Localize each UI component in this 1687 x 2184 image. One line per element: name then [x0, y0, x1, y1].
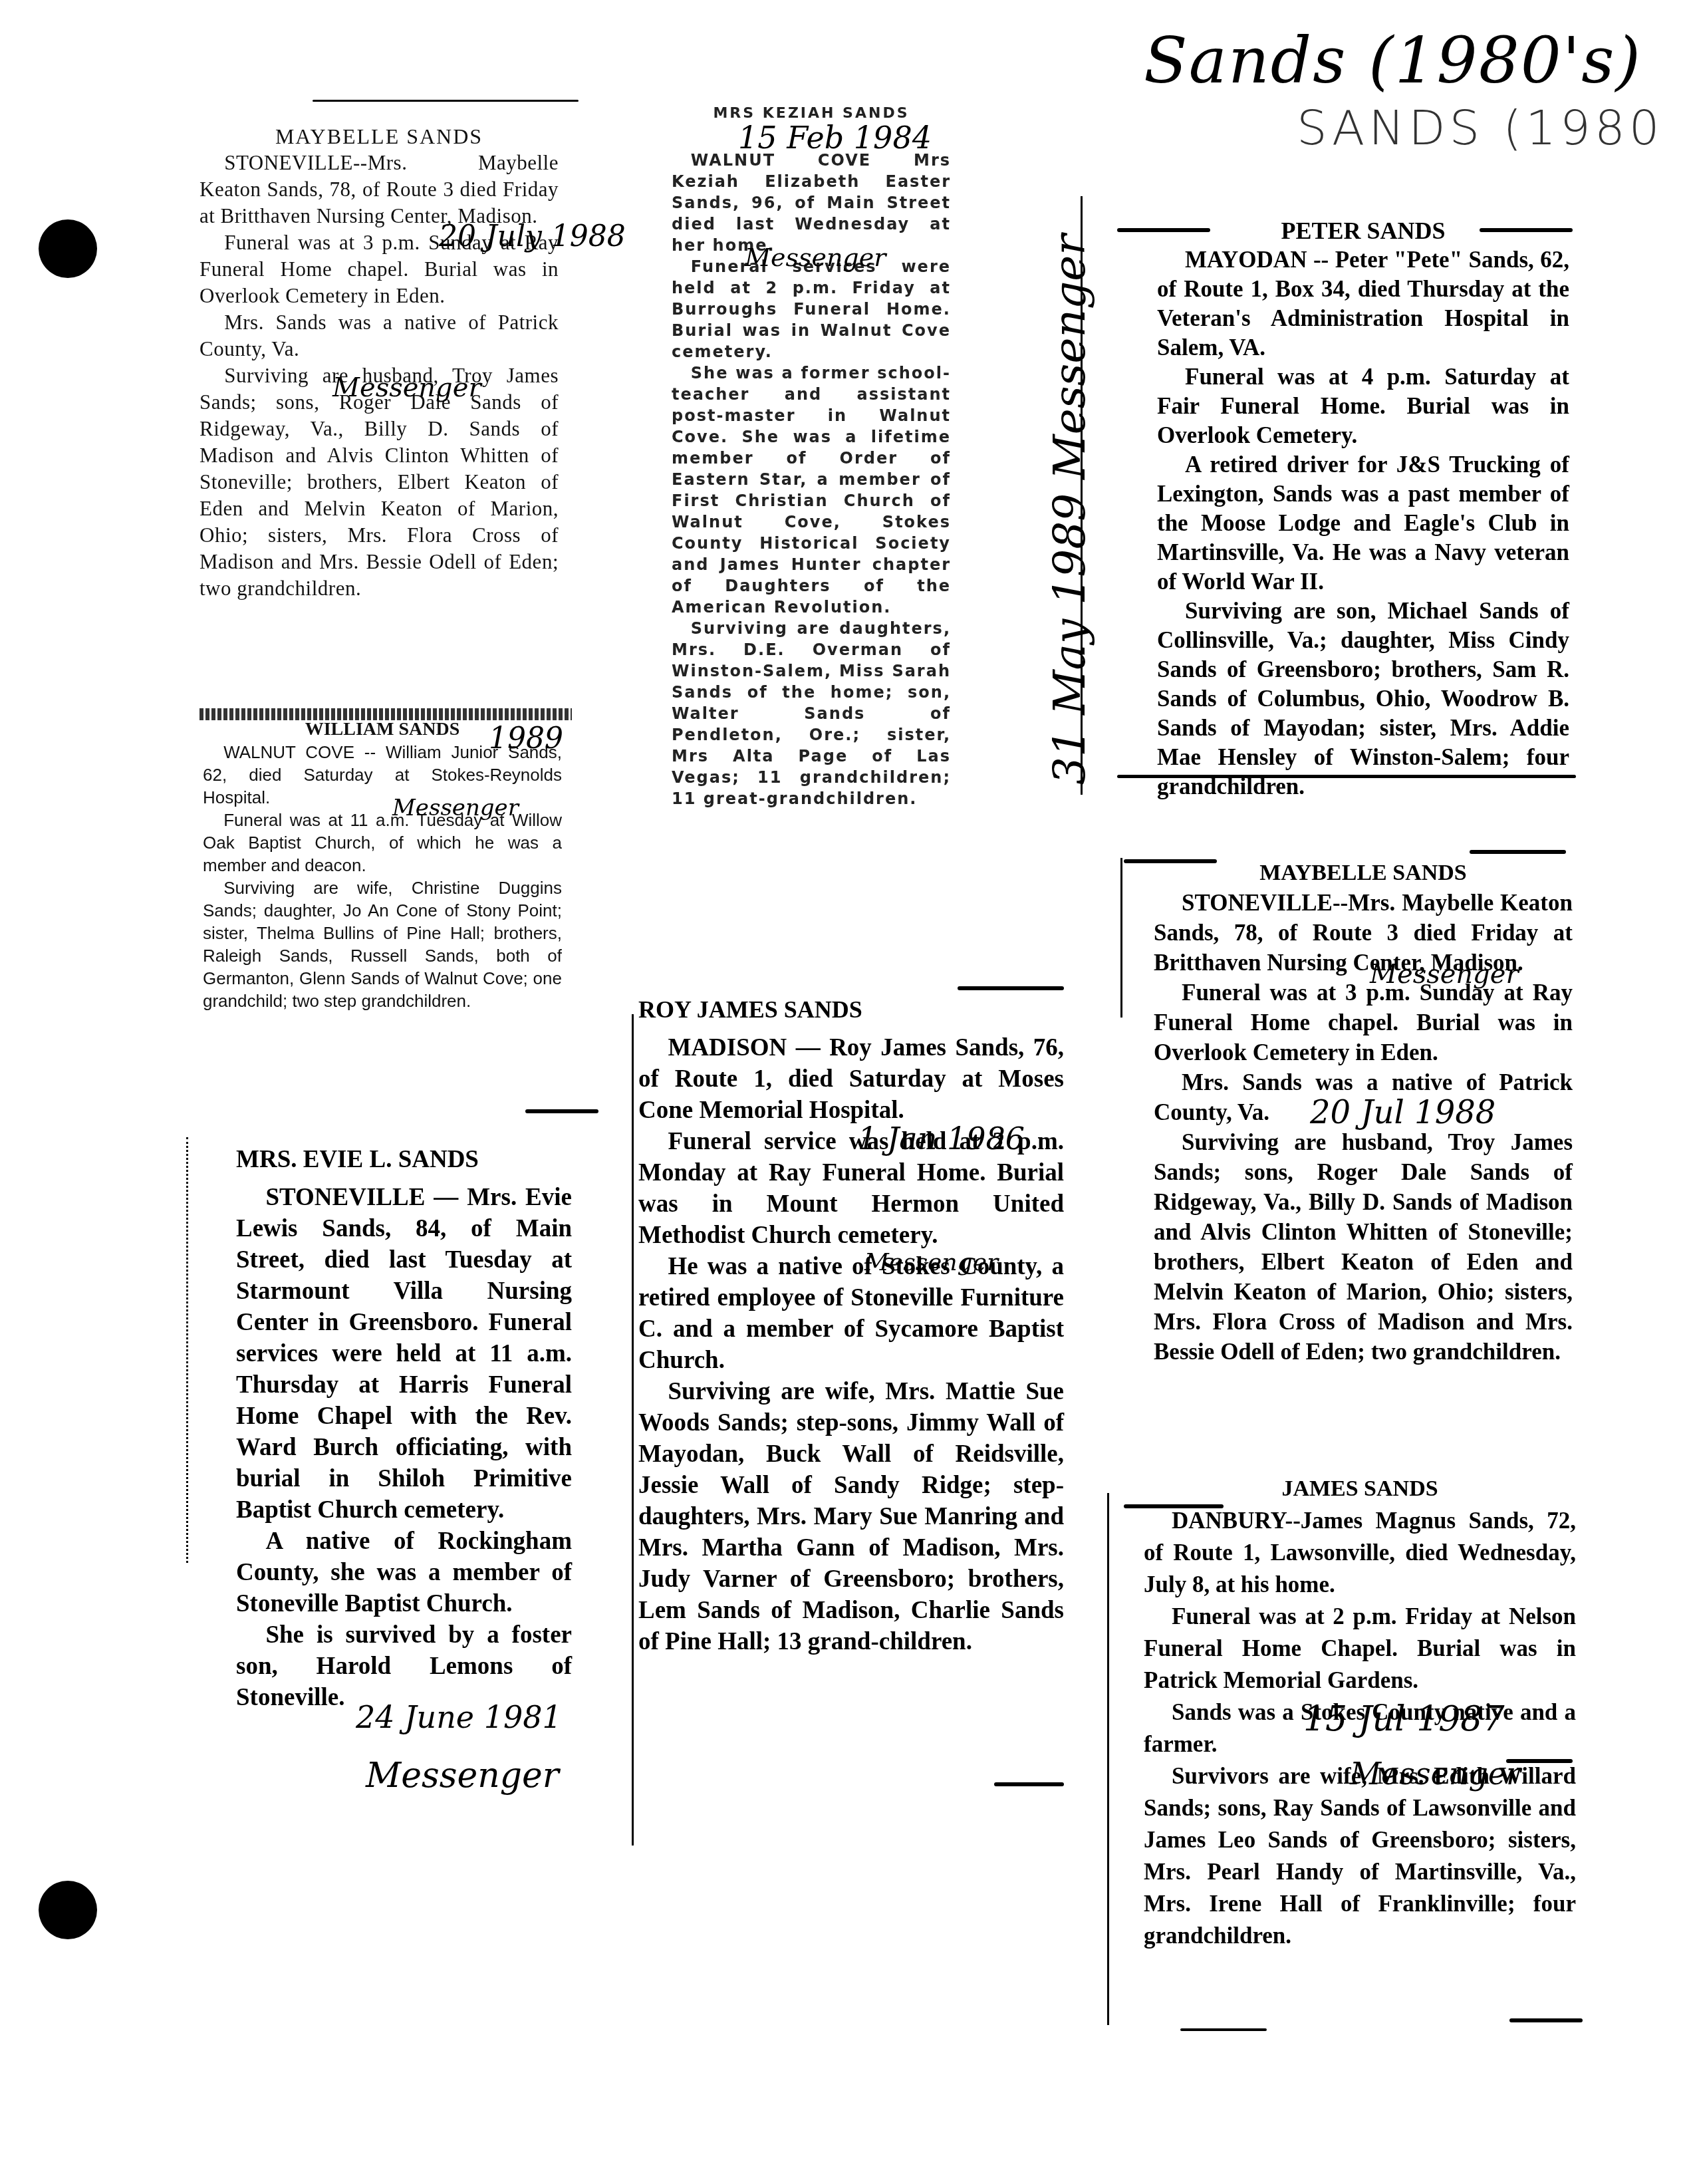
- obituary-title: PETER SANDS: [1157, 216, 1569, 245]
- obituary-paragraph: MAYODAN -- Peter "Pete" Sands, 62, of Ro…: [1157, 245, 1569, 362]
- obituary-title: ROY JAMES SANDS: [638, 994, 1064, 1025]
- divider: [313, 100, 579, 102]
- obituary-peter-sands: PETER SANDS MAYODAN -- Peter "Pete" Sand…: [1157, 216, 1569, 801]
- obituary-paragraph: A retired driver for J&S Trucking of Lex…: [1157, 450, 1569, 597]
- obituary-paragraph: WALNUT COVE Mrs Keziah Elizabeth Easter …: [672, 150, 951, 256]
- punch-hole: [39, 219, 97, 278]
- divider: [1180, 2028, 1267, 2031]
- obituary-maybelle-sands-1: MAYBELLE SANDS STONEVILLE--Mrs. Maybelle…: [199, 123, 559, 602]
- handwritten-source: Messenger: [366, 1756, 559, 1796]
- clipping-edge: [1107, 1493, 1109, 2025]
- handwritten-source: Messenger: [1370, 959, 1519, 990]
- obituary-paragraph: Surviving are wife, Christine Duggins Sa…: [203, 877, 562, 1012]
- obituary-paragraph: DANBURY--James Magnus Sands, 72, of Rout…: [1144, 1505, 1576, 1601]
- handwritten-source: Messenger: [864, 1249, 998, 1276]
- obituary-paragraph: Funeral services were held at 2 p.m. Fri…: [672, 256, 951, 362]
- handwritten-source: Messenger: [1350, 1756, 1521, 1792]
- obituary-william-sands: WILLIAM SANDS WALNUT COVE -- William Jun…: [203, 718, 562, 1012]
- obituary-paragraph: MADISON — Roy James Sands, 76, of Route …: [638, 1032, 1064, 1126]
- handwritten-date: 15 Jul 1987: [1303, 1699, 1505, 1739]
- handwritten-date: 20 Jul 1988: [1310, 1094, 1495, 1131]
- clipping-edge: [199, 708, 572, 720]
- header-annotation-faint: SANDS (1980: [1297, 100, 1664, 156]
- clipping-edge: [186, 1137, 188, 1563]
- obituary-title: MRS. EVIE L. SANDS: [236, 1144, 572, 1175]
- handwritten-date: 24 June 1981: [356, 1699, 562, 1735]
- divider: [958, 986, 1064, 990]
- obituary-paragraph: He was a native of Stokes County, a reti…: [638, 1251, 1064, 1376]
- handwritten-date: 20 July 1988: [439, 219, 626, 253]
- handwritten-source: Messenger: [745, 243, 886, 272]
- clipping-edge: [632, 1014, 634, 1845]
- divider: [525, 1109, 598, 1113]
- obituary-paragraph: Mrs. Sands was a native of Patrick Count…: [199, 309, 559, 362]
- obituary-paragraph: She was a former school-teacher and assi…: [672, 362, 951, 618]
- obituary-title: JAMES SANDS: [1144, 1473, 1576, 1505]
- obituary-paragraph: Funeral was at 4 p.m. Saturday at Fair F…: [1157, 362, 1569, 450]
- obituary-paragraph: A native of Rockingham County, she was a…: [236, 1526, 572, 1619]
- handwritten-date-vertical: 31 May 1989 Messenger: [1044, 234, 1095, 785]
- obituary-keziah-sands: MRS KEZIAH SANDS WALNUT COVE Mrs Keziah …: [672, 103, 951, 809]
- divider: [994, 1782, 1064, 1786]
- obituary-paragraph: STONEVILLE--Mrs. Maybelle Keaton Sands, …: [199, 150, 559, 229]
- obituary-evie-sands: MRS. EVIE L. SANDS STONEVILLE — Mrs. Evi…: [236, 1144, 572, 1713]
- obituary-paragraph: Surviving are wife, Mrs. Mattie Sue Wood…: [638, 1376, 1064, 1657]
- handwritten-date: 15 Feb 1984: [738, 120, 932, 156]
- obituary-paragraph: Funeral was at 3 p.m. Sunday at Ray Fune…: [1154, 978, 1573, 1067]
- header-annotation: Sands (1980's): [1144, 23, 1642, 98]
- obituary-title: MAYBELLE SANDS: [199, 123, 559, 150]
- obituary-paragraph: Surviving are husband, Troy James Sands;…: [1154, 1127, 1573, 1367]
- obituary-title: MAYBELLE SANDS: [1154, 858, 1573, 888]
- obituary-roy-james-sands: ROY JAMES SANDS MADISON — Roy James Sand…: [638, 994, 1064, 1657]
- obituary-paragraph: Funeral was at 2 p.m. Friday at Nelson F…: [1144, 1601, 1576, 1697]
- divider: [1470, 850, 1566, 854]
- punch-hole: [39, 1881, 97, 1939]
- clipping-edge: [1120, 858, 1122, 1018]
- obituary-paragraph: STONEVILLE — Mrs. Evie Lewis Sands, 84, …: [236, 1182, 572, 1526]
- handwritten-source: Messenger: [392, 795, 519, 821]
- handwritten-date: 1 Jan 1986: [858, 1121, 1025, 1157]
- handwritten-year: 1989: [489, 722, 563, 755]
- handwritten-source: Messenger: [332, 372, 481, 403]
- obituary-paragraph: Surviving are son, Michael Sands of Coll…: [1157, 597, 1569, 801]
- divider: [1509, 2018, 1583, 2022]
- obituary-paragraph: Surviving are daughters, Mrs. D.E. Overm…: [672, 618, 951, 809]
